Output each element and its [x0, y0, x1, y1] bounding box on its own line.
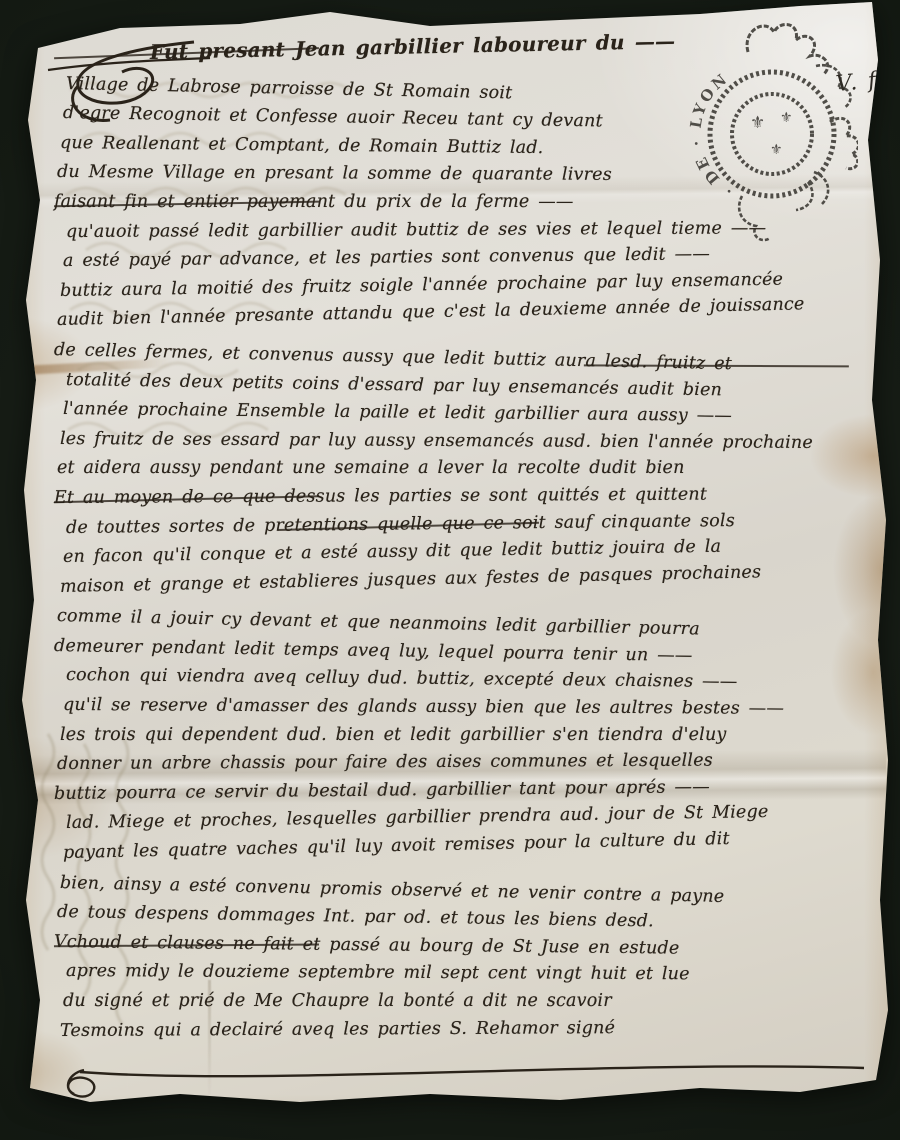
- manuscript-paper: · DE · LYON · ⚜ ⚜ ⚜ V. f: [0, 0, 900, 1140]
- photo-stage: · DE · LYON · ⚜ ⚜ ⚜ V. f: [0, 0, 900, 1140]
- strikethrough-stroke: [584, 364, 849, 367]
- strikethrough-stroke: [278, 521, 539, 530]
- strikethrough-stroke: [54, 495, 319, 503]
- closing-flourish: [50, 1046, 872, 1102]
- manuscript-line: faisant fin et entier payemant du prix d…: [54, 188, 882, 218]
- manuscript-line: du signé et prié de Me Chaupre la bonté …: [63, 987, 882, 1017]
- manuscript-lines: Fut presant Jean garbillier laboureur du…: [54, 40, 882, 1046]
- manuscript-line: Tesmoins qui a declairé aveq les parties…: [60, 1012, 882, 1046]
- strikethrough-stroke: [54, 47, 319, 59]
- strikethrough-stroke: [54, 201, 319, 207]
- strikethrough-stroke: [54, 943, 319, 947]
